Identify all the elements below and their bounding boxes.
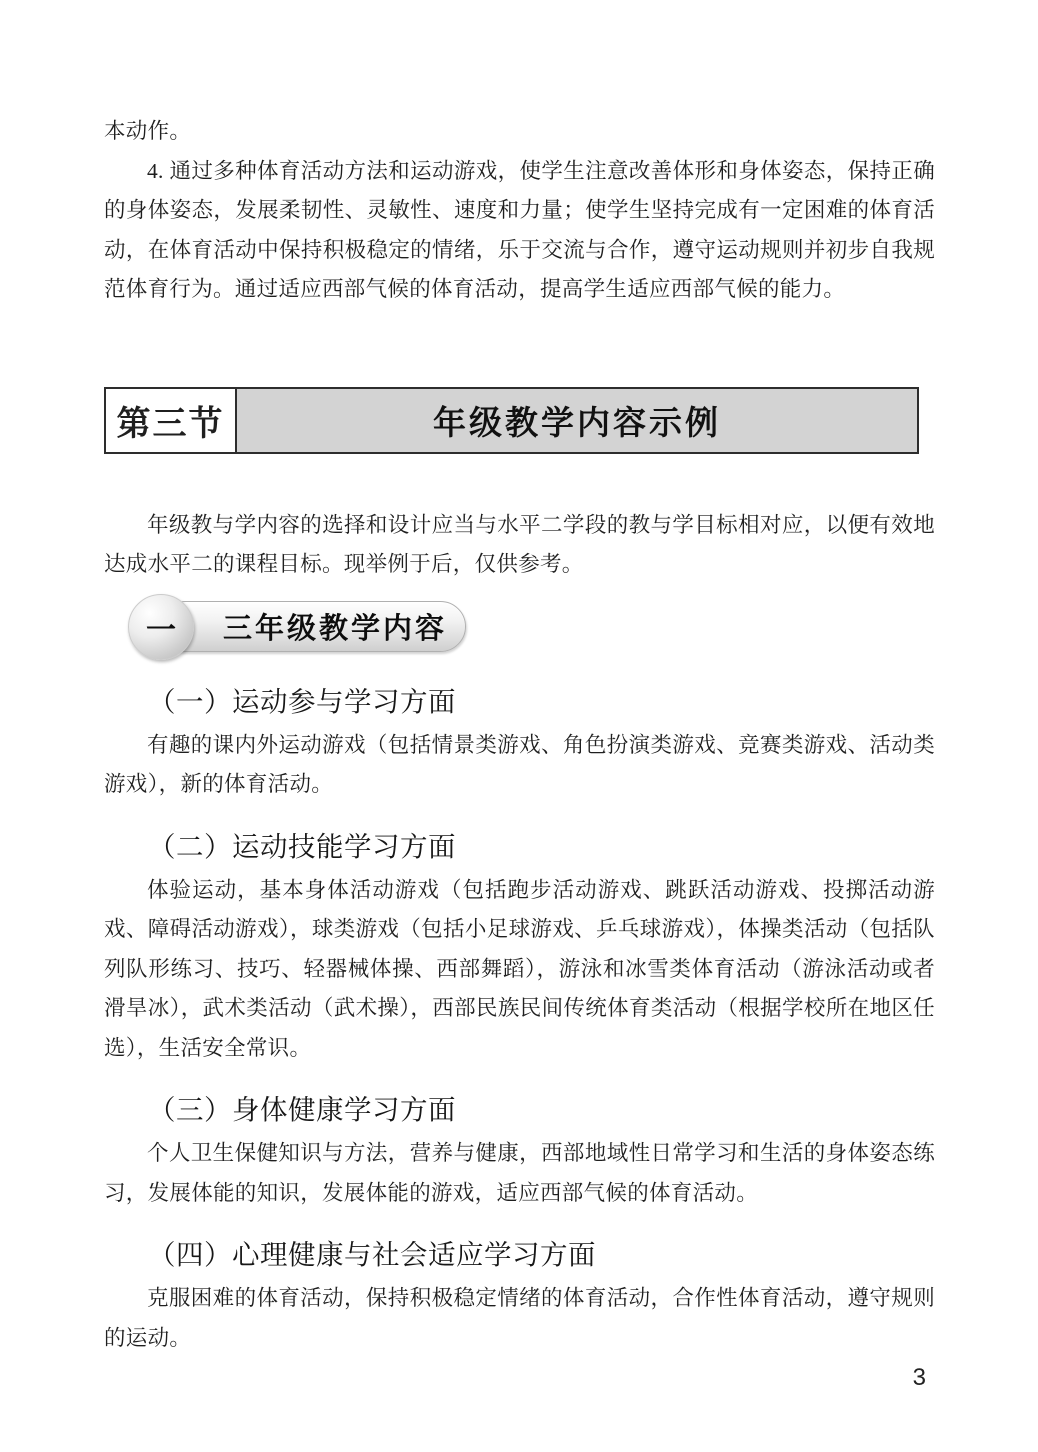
subsection-heading-2: （二）运动技能学习方面 xyxy=(148,824,935,864)
subsection-body-2: 体验运动，基本身体活动游戏（包括跑步活动游戏、跳跃活动游戏、投掷活动游戏、障碍活… xyxy=(104,871,935,1069)
unit-title: 三年级教学内容 xyxy=(160,601,466,652)
document-page: 本动作。 4. 通过多种体育活动方法和运动游戏，使学生注意改善体形和身体姿态，保… xyxy=(0,0,1038,1452)
subsection-heading-3: （三）身体健康学习方面 xyxy=(148,1087,935,1127)
subsection-body-1: 有趣的课内外运动游戏（包括情景类游戏、角色扮演类游戏、竞赛类游戏、活动类游戏），… xyxy=(104,726,935,805)
paragraph-objective-4: 4. 通过多种体育活动方法和运动游戏，使学生注意改善体形和身体姿态，保持正确的身… xyxy=(104,152,935,310)
paragraph-continuation: 本动作。 xyxy=(104,112,935,152)
subsection-body-4: 克服困难的体育活动，保持积极稳定情绪的体育活动，合作性体育活动，遵守规则的运动。 xyxy=(104,1279,935,1358)
unit-heading: 三年级教学内容 一 xyxy=(128,594,468,660)
subsection-heading-4: （四）心理健康与社会适应学习方面 xyxy=(148,1232,935,1272)
section-intro-paragraph: 年级教与学内容的选择和设计应当与水平二学段的教与学目标相对应，以便有效地达成水平… xyxy=(104,506,935,585)
subsection-body-3: 个人卫生保健知识与方法，营养与健康，西部地域性日常学习和生活的身体姿态练习，发展… xyxy=(104,1134,935,1213)
section-banner-title: 年级教学内容示例 xyxy=(237,389,917,452)
subsection-heading-1: （一）运动参与学习方面 xyxy=(148,679,935,719)
section-banner-label: 第三节 xyxy=(106,389,237,452)
unit-number-badge: 一 xyxy=(128,594,194,660)
text-column: 本动作。 4. 通过多种体育活动方法和运动游戏，使学生注意改善体形和身体姿态，保… xyxy=(104,0,935,1358)
page-number: 3 xyxy=(913,1364,926,1392)
section-banner: 第三节 年级教学内容示例 xyxy=(104,387,919,454)
